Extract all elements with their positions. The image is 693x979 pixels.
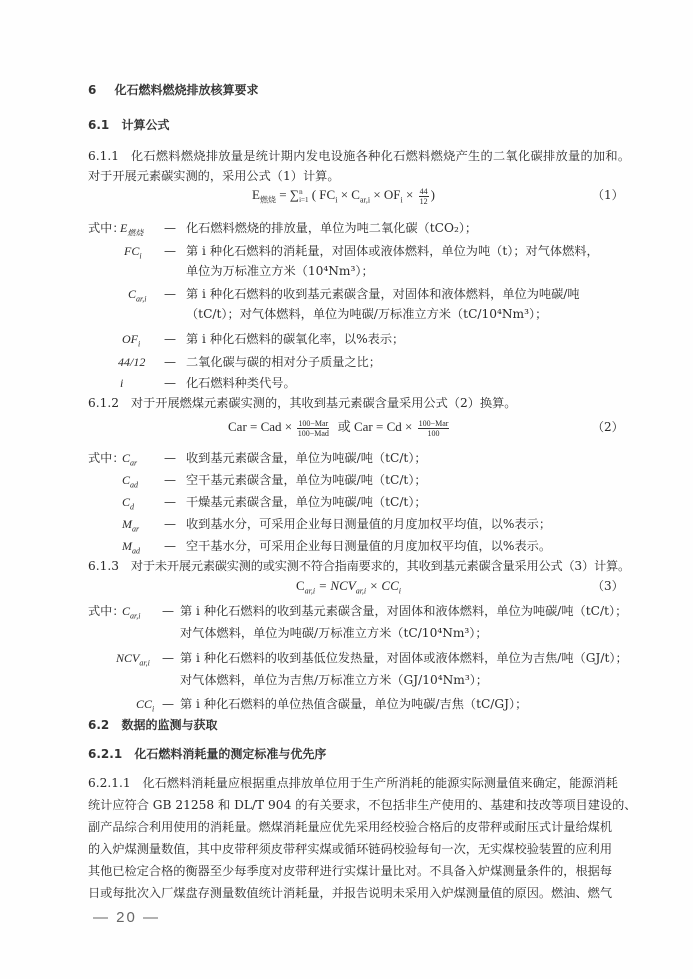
symbol-base: C (122, 451, 130, 465)
symbol-base: C (122, 495, 130, 509)
symbol-Car-i: Car,i (122, 603, 140, 619)
formula-term: 或 Car = Cd × (331, 419, 415, 434)
dash: — (164, 516, 176, 532)
symbol-subscript: ad (132, 546, 140, 555)
dash: — (162, 603, 174, 619)
formula-subscript: ar,i (360, 196, 370, 205)
formula-subscript: i (399, 587, 401, 596)
dash: — (164, 538, 176, 554)
fraction-denominator: 100−Mad (297, 429, 329, 438)
clause-number: 6.1.1 (88, 149, 119, 163)
formula-3: Car,i = NCVar,i × CCi (296, 577, 401, 595)
symbol-Mad: Mad (122, 538, 140, 554)
formula-subscript: ar,i (356, 587, 366, 596)
symbol-OF: OFi (122, 331, 140, 347)
symbol-base: NCV (116, 651, 139, 665)
paragraph-line: 日或每批次入厂煤盘存测量数值统计消耗量，并报告说明未采用入炉煤测量值的原因。燃油… (88, 885, 612, 901)
subsection-number: 6.2 (88, 718, 109, 732)
equation-number-1: （1） (592, 186, 624, 204)
definition-text: 第 i 种化石燃料的碳氧化率，以%表示； (186, 331, 404, 347)
paragraph-line: 的入炉煤测量数值，其中皮带秤须皮带秤实煤或循环链码校验每旬一次，无实煤校验装置的… (88, 841, 612, 857)
dash: — (164, 354, 176, 370)
symbol-base: M (122, 539, 132, 553)
symbol-subscript: ar (130, 458, 137, 467)
section-number: 6 (88, 83, 96, 97)
symbol-FC: FCi (124, 243, 142, 259)
formula-subscript: ar,i (305, 587, 315, 596)
symbol-subscript: ad (130, 480, 138, 489)
symbol-base: OF (122, 332, 138, 346)
formula-term: Car = Cad × (228, 419, 295, 434)
formula-2: Car = Cad × 100−Mar100−Mad 或 Car = Cd × … (228, 418, 451, 438)
definition-continuation: 对气体燃料，单位为吨碳/万标准立方米（tC/10⁴Nm³）； (180, 625, 488, 641)
clause-text: 化石燃料燃烧排放量是统计期内发电设施各种化石燃料燃烧产生的二氧化碳排放量的加和。 (131, 149, 631, 163)
formula-term: × CC (366, 578, 399, 593)
clause-number: 6.2.1.1 (88, 776, 131, 790)
dash: — (164, 494, 176, 510)
symbol-44-12: 44/12 (118, 354, 145, 370)
definition-continuation: 对气体燃料，单位为吉焦/万标准立方米（GJ/10⁴Nm³）； (180, 672, 488, 688)
symbol-CC: CCi (136, 696, 154, 712)
clause-text: 化石燃料消耗量应根据重点排放单位用于生产所消耗的能源实际测量值来确定，能源消耗 (143, 776, 618, 790)
clause-text: 对于未开展元素碳实测的或实测不符合指南要求的，其收到基元素碳含量采用公式（3）计… (131, 559, 630, 573)
definition-text: 收到基水分，可采用企业每日测量值的月度加权平均值，以%表示； (186, 516, 551, 532)
dash: — (162, 650, 174, 666)
fraction-denominator: 100 (418, 429, 450, 438)
where-prefix: 式中： (88, 603, 125, 619)
symbol-base: i (120, 376, 123, 390)
subsubsection-title: 化石燃料消耗量的测定标准与优先序 (134, 747, 326, 761)
definition-text: 收到基元素碳含量，单位为吨碳/吨（tC/t）； (186, 450, 427, 466)
symbol-Cad: Cad (122, 472, 138, 488)
definition-continuation: 单位为万标准立方米（10⁴Nm³）； (186, 263, 374, 279)
where-prefix: 式中： (88, 450, 125, 466)
symbol-base: C (122, 473, 130, 487)
document-page: 6 化石燃料燃烧排放核算要求 6.1 计算公式 6.1.1 化石燃料燃烧排放量是… (0, 0, 693, 979)
dash: — (164, 243, 176, 259)
definition-continuation: （tC/t）；对气体燃料，单位为吨碳/万标准立方米（tC/10⁴Nm³）； (186, 306, 547, 322)
subsubsection-heading: 6.2.1 化石燃料消耗量的测定标准与优先序 (88, 746, 326, 762)
formula-term: C (296, 578, 305, 593)
subsection-title: 计算公式 (121, 118, 169, 132)
fraction: 100−Mar100−Mad (297, 419, 329, 438)
symbol-base: C (128, 287, 136, 301)
definition-text: 第 i 种化石燃料的消耗量，对固体或液体燃料，单位为吨（t）；对气体燃料， (186, 243, 599, 259)
fraction-numerator: 44 (419, 187, 429, 197)
subsection-title: 数据的监测与获取 (121, 718, 217, 732)
formula-term: × C (337, 187, 360, 202)
paragraph-6-2-1-1-line1: 6.2.1.1 化石燃料消耗量应根据重点排放单位用于生产所消耗的能源实际测量值来… (88, 775, 618, 791)
subsection-number: 6.1 (88, 118, 109, 132)
definition-text: 第 i 种化石燃料的单位热值含碳量，单位为吨碳/吉焦（tC/GJ）； (180, 696, 527, 712)
symbol-subscript: ar,i (130, 611, 140, 620)
symbol-subscript: i (139, 251, 141, 260)
paragraph-6-1-2: 6.1.2 对于开展燃煤元素碳实测的，其收到基元素碳含量采用公式（2）换算。 (88, 395, 516, 411)
symbol-base: 44/12 (118, 355, 145, 369)
clause-number: 6.1.3 (88, 559, 119, 573)
dash: — (162, 696, 174, 712)
paragraph-6-1-3: 6.1.3 对于未开展元素碳实测的或实测不符合指南要求的，其收到基元素碳含量采用… (88, 558, 630, 574)
symbol-base: C (122, 604, 130, 618)
definition-text: 空干基元素碳含量，单位为吨碳/吨（tC/t）； (186, 472, 427, 488)
subsection-heading: 6.1 计算公式 (88, 117, 169, 133)
clause-number: 6.1.2 (88, 396, 119, 410)
symbol-NCV: NCVar,i (116, 650, 150, 666)
fraction-denominator: 12 (419, 197, 429, 206)
symbol-Car-i: Car,i (128, 286, 146, 302)
definition-text: 二氧化碳与碳的相对分子质量之比； (186, 354, 381, 370)
subsection-heading: 6.2 数据的监测与获取 (88, 717, 217, 733)
definition-text: 第 i 种化石燃料的收到基元素碳含量，对固体和液体燃料，单位为吨碳/吨（tC/t… (180, 603, 627, 619)
formula-1: E燃烧 = ∑ni=1 ( FCi × Car,i × OFi × 4412) (252, 186, 435, 206)
dash: — (164, 472, 176, 488)
formula-subscript: 燃烧 (260, 196, 276, 205)
paragraph-line: 其他已检定合格的衡器至少每季度对皮带秤进行实煤计量比对。不具备入炉煤测量条件的，… (88, 863, 612, 879)
fraction-numerator: 100−Mar (418, 419, 450, 429)
formula-term: = ∑ (276, 187, 299, 202)
symbol-subscript: i (138, 339, 140, 348)
symbol-subscript: d (130, 502, 134, 511)
formula-term: ) (431, 187, 435, 202)
paragraph-6-1-1-line2: 对于开展元素碳实测的，采用公式（1）计算。 (88, 168, 340, 184)
symbol-Cd: Cd (122, 494, 134, 510)
symbol-subscript: ar (132, 524, 139, 533)
definition-text: 第 i 种化石燃料的收到基低位发热量，对固体或液体燃料，单位为吉焦/吨（GJ/t… (180, 650, 628, 666)
definition-text: 第 i 种化石燃料的收到基元素碳含量，对固体和液体燃料，单位为吨碳/吨 (186, 286, 580, 302)
section-title: 化石燃料燃烧排放核算要求 (115, 83, 259, 97)
symbol-i: i (120, 375, 123, 391)
paragraph-line: 统计应符合 GB 21258 和 DL/T 904 的有关要求，不包括非生产使用… (88, 797, 636, 813)
definition-text: 干燥基元素碳含量，单位为吨碳/吨（tC/t）； (186, 494, 427, 510)
dash: — (164, 286, 176, 302)
definition-text: 空干基水分，可采用企业每日测量值的月度加权平均值，以%表示。 (186, 538, 551, 554)
fraction: 100−Mar100 (418, 419, 450, 438)
paragraph-6-1-1-line1: 6.1.1 化石燃料燃烧排放量是统计期内发电设施各种化石燃料燃烧产生的二氧化碳排… (88, 148, 630, 164)
symbol-subscript: i (152, 704, 154, 713)
symbol-subscript: 燃烧 (127, 228, 143, 237)
symbol-Car: Car (122, 450, 137, 466)
page-number: — 20 — (93, 909, 160, 926)
formula-term: ( FC (308, 187, 335, 202)
equation-number-3: （3） (592, 577, 624, 595)
symbol-Mar: Mar (122, 516, 139, 532)
equation-number-2: （2） (592, 418, 624, 436)
fraction: 4412 (419, 187, 429, 206)
dash: — (164, 375, 176, 391)
formula-term: × OF (370, 187, 400, 202)
symbol-base: CC (136, 697, 152, 711)
definition-text: 化石燃料种类代号。 (186, 375, 296, 391)
symbol-base: FC (124, 244, 139, 258)
formula-term: E (252, 187, 260, 202)
symbol-base: M (122, 517, 132, 531)
clause-text: 对于开展燃煤元素碳实测的，其收到基元素碳含量采用公式（2）换算。 (131, 396, 517, 410)
section-heading: 6 化石燃料燃烧排放核算要求 (88, 82, 259, 98)
paragraph-line: 副产品综合利用使用的消耗量。燃煤消耗量应优先采用经校验合格后的皮带秤或耐压式计量… (88, 819, 612, 835)
dash: — (164, 220, 176, 236)
definition-text: 化石燃料燃烧的排放量，单位为吨二氧化碳（tCO₂）； (186, 220, 477, 236)
dash: — (164, 331, 176, 347)
formula-term: = NCV (315, 578, 356, 593)
symbol-subscript: ar,i (139, 658, 149, 667)
symbol-subscript: ar,i (136, 294, 146, 303)
fraction-numerator: 100−Mar (297, 419, 329, 429)
dash: — (164, 450, 176, 466)
symbol-E: E燃烧 (120, 220, 143, 236)
subsubsection-number: 6.2.1 (88, 747, 122, 761)
formula-term: × (403, 187, 417, 202)
